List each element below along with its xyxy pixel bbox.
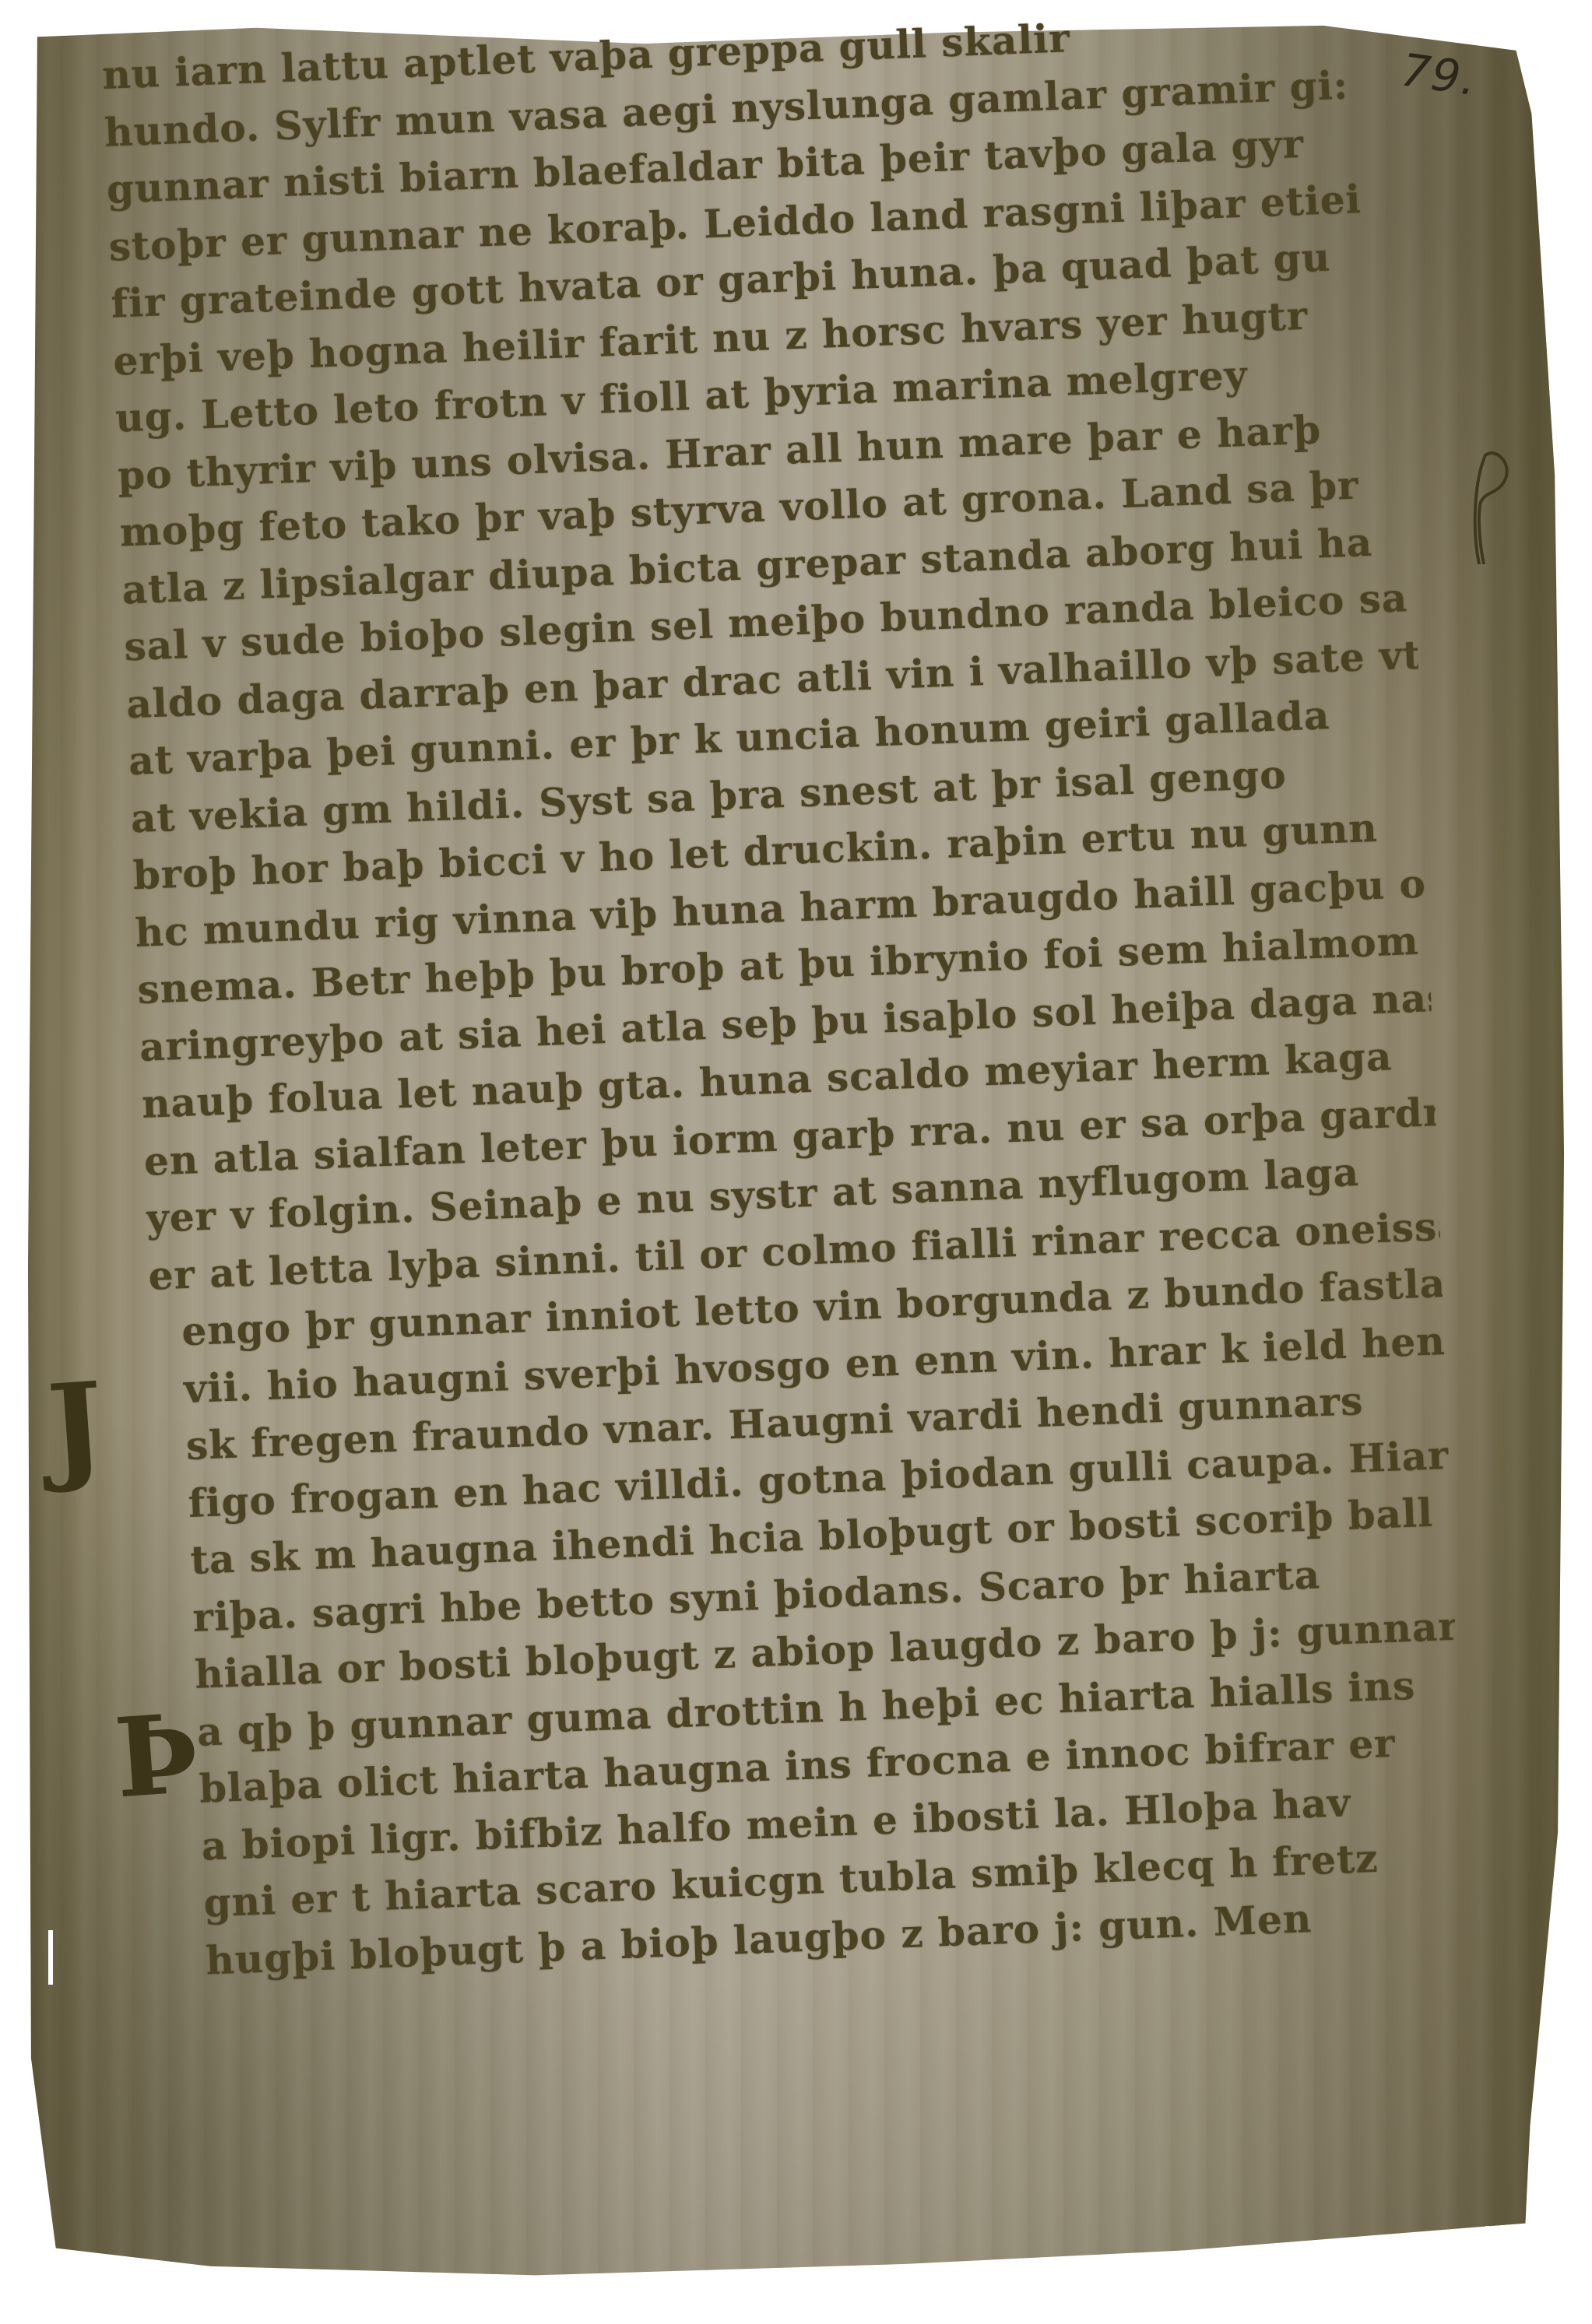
manuscript-text-block: nu iarn lattu aptlet vaþa greppa gull sk… bbox=[101, 0, 1467, 1990]
folio-number: 79. bbox=[1398, 43, 1481, 106]
edge-nick bbox=[1485, 2226, 1489, 2257]
edge-nick bbox=[48, 1930, 53, 1985]
decorated-initial-i: J bbox=[44, 1357, 108, 1497]
marginal-flourish-icon bbox=[1464, 448, 1518, 564]
